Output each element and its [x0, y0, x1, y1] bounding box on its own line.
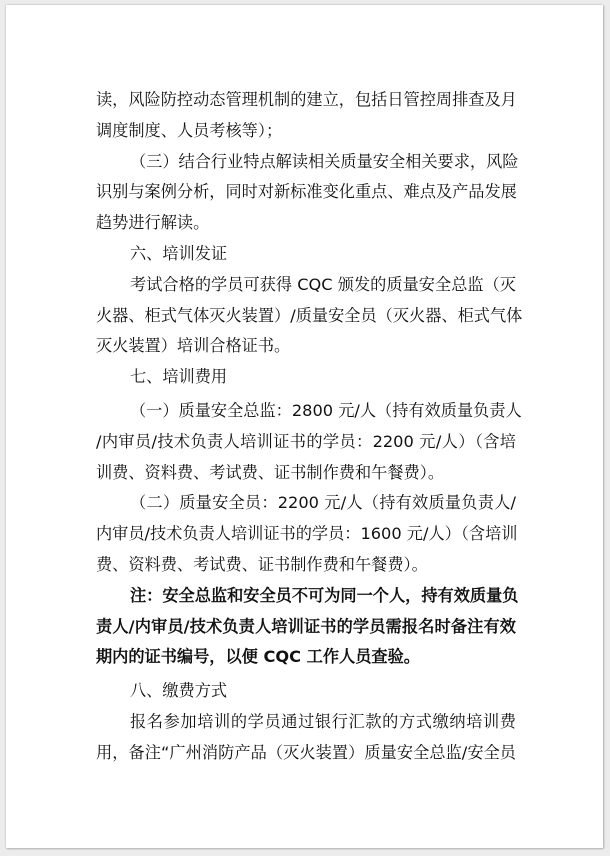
list-item-3-line: （三）结合行业特点解读相关质量安全相关要求，风险: [96, 147, 516, 178]
payment-paragraph-line: 报名参加培训的学员通过银行汇款的方式缴纳培训费: [96, 707, 516, 738]
note-line: 期内的证书编号，以便 CQC 工作人员查验。: [96, 642, 516, 673]
document-page: 读，风险防控动态管理机制的建立，包括日管控周排查及月 调度制度、人员考核等）； …: [6, 5, 603, 848]
fee-officer-line: （二）质量安全员：2200 元/人（持有效质量负责人/: [96, 488, 516, 519]
section-heading-6: 六、培训发证: [96, 239, 516, 270]
certificate-paragraph-line: 考试合格的学员可获得 CQC 颁发的质量安全总监（灭: [96, 270, 516, 301]
section-heading-8: 八、缴费方式: [96, 676, 516, 707]
fee-director-line: （一）质量安全总监：2800 元/人（持有效质量负责人: [96, 396, 516, 427]
note-line: 责人/内审员/技术负责人培训证书的学员需报名时备注有效: [96, 612, 516, 643]
fee-officer-line: 费、资料费、考试费、证书制作费和午餐费）。: [96, 550, 516, 581]
list-item-3-line: 趋势进行解读。: [96, 208, 516, 239]
note-line: 注：安全总监和安全员不可为同一个人，持有效质量负: [96, 581, 516, 612]
fee-director-line: 训费、资料费、考试费、证书制作费和午餐费）。: [96, 458, 516, 489]
document-body: 读，风险防控动态管理机制的建立，包括日管控周排查及月 调度制度、人员考核等）； …: [96, 85, 516, 769]
payment-paragraph-line: 用，备注“广州消防产品（灭火装置）质量安全总监/安全员: [96, 738, 516, 769]
fee-officer-line: 内审员/技术负责人培训证书的学员：1600 元/人）（含培训: [96, 519, 516, 550]
fee-director-line: /内审员/技术负责人培训证书的学员：2200 元/人）（含培: [96, 427, 516, 458]
paragraph-line: 调度制度、人员考核等）；: [96, 116, 516, 147]
paragraph-line: 读，风险防控动态管理机制的建立，包括日管控周排查及月: [96, 85, 516, 116]
certificate-paragraph-line: 灭火装置）培训合格证书。: [96, 331, 516, 362]
certificate-paragraph-line: 火器、柜式气体灭火装置）/质量安全员（灭火器、柜式气体: [96, 301, 516, 332]
list-item-3-line: 识别与案例分析，同时对新标准变化重点、难点及产品发展: [96, 177, 516, 208]
section-heading-7: 七、培训费用: [96, 362, 516, 393]
